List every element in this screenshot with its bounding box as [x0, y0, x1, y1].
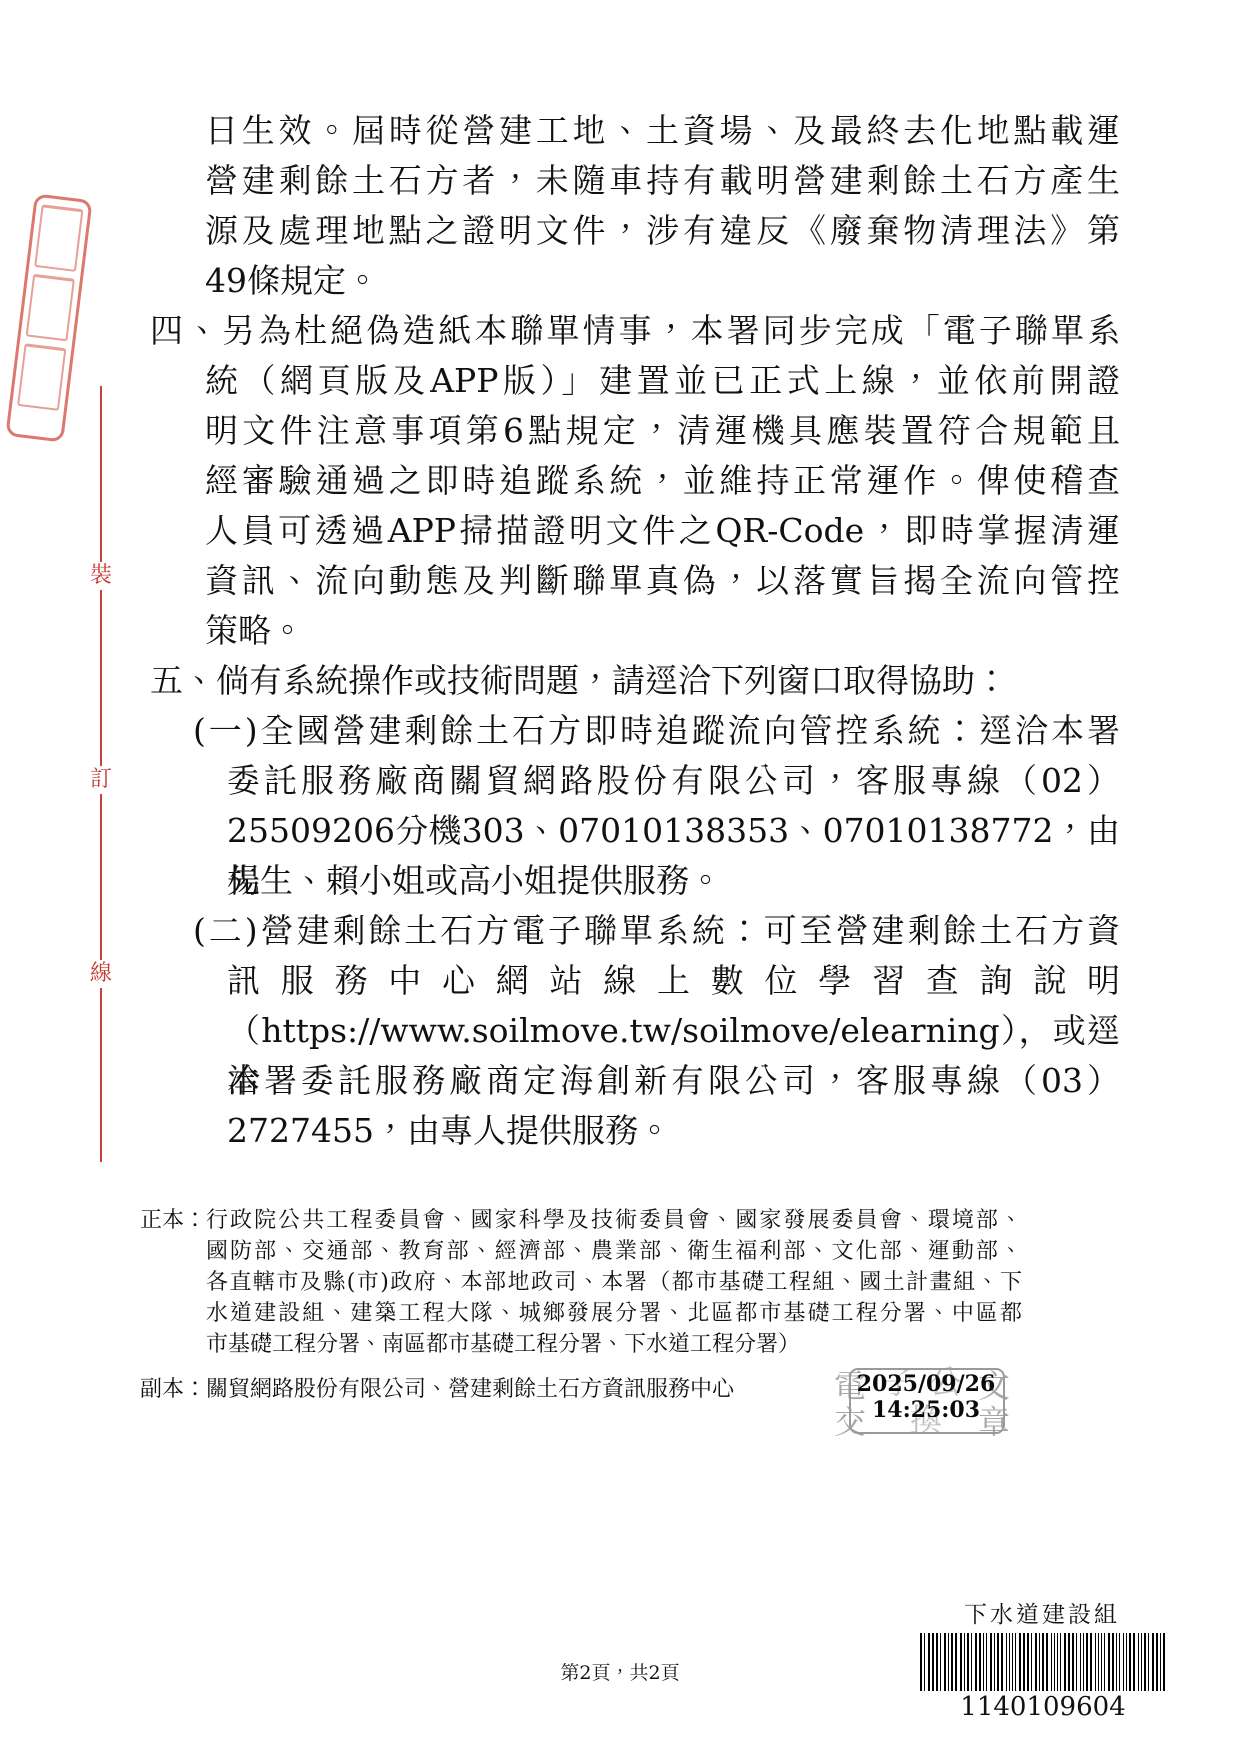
barcode-bar: [1042, 1633, 1044, 1691]
barcode-bar: [928, 1633, 930, 1691]
barcode-bar: [1001, 1633, 1003, 1691]
barcode-bar: [979, 1633, 981, 1691]
recipient-line: 國防部、交通部、教育部、經濟部、農業部、衛生福利部、文化部、運動部、: [206, 1236, 1022, 1267]
body-line: 明文件注意事項第6點規定，清運機具應裝置符合規範且: [205, 406, 1120, 456]
body-line: 經審驗通過之即時追蹤系統，並維持正常運作。俾使稽查: [205, 456, 1120, 506]
body-line: 訊服務中心網站線上數位學習查詢說明: [227, 956, 1120, 1006]
original-recipients-row: 正本： 行政院公共工程委員會、國家科學及技術委員會、國家發展委員會、環境部、國防…: [140, 1205, 1022, 1360]
barcode-bar: [1039, 1633, 1040, 1691]
barcode-bar: [1019, 1633, 1021, 1691]
barcode-bar: [1098, 1633, 1099, 1691]
barcode-bar: [1126, 1633, 1127, 1691]
barcode-bar: [944, 1633, 946, 1691]
barcode-bar: [1006, 1633, 1007, 1691]
body-line: 人員可透過APP掃描證明文件之QR-Code，即時掌握清運: [205, 506, 1120, 556]
barcode-bar: [1046, 1633, 1048, 1691]
department-label: 下水道建設組: [942, 1596, 1142, 1629]
body-line: 先生、賴小姐或高小姐提供服務。: [227, 856, 1120, 906]
barcode-bar: [983, 1633, 984, 1691]
barcode-bar: [967, 1633, 969, 1691]
body-text: 日生效。屆時從營建工地、土資場、及最終去化地點載運營建剩餘土石方者，未隨車持有載…: [0, 106, 1240, 1156]
barcode-bar: [1101, 1633, 1102, 1691]
barcode-bar: [986, 1633, 987, 1691]
barcode-bar: [1163, 1633, 1165, 1691]
barcode-bar: [975, 1633, 977, 1691]
barcode-bar: [1009, 1633, 1010, 1691]
barcode-bar: [1057, 1633, 1058, 1691]
barcode-bar: [1160, 1633, 1161, 1691]
barcode-bar: [1072, 1633, 1074, 1691]
barcode-bar: [1090, 1633, 1092, 1691]
body-line: 源及處理地點之證明文件，涉有違反《廢棄物清理法》第: [205, 206, 1120, 256]
barcode-bar: [1051, 1633, 1052, 1691]
body-line: 策略。: [205, 606, 1120, 656]
body-line: 本署委託服務廠商定海創新有限公司，客服專線（03）: [227, 1056, 1120, 1106]
body-line: 資訊、流向動態及判斷聯單真偽，以落實旨揭全流向管控: [205, 556, 1120, 606]
barcode-bar: [1012, 1633, 1013, 1691]
barcode-bar: [1083, 1633, 1084, 1691]
barcode-bar: [924, 1633, 925, 1691]
recipient-line: 各直轄市及縣(市)政府、本部地政司、本署（都市基礎工程組、國土計畫組、下: [206, 1267, 1022, 1298]
barcode-bar: [1035, 1633, 1037, 1691]
barcode-bar: [1116, 1633, 1117, 1691]
electronic-exchange-stamp: 電 子 公 文 交 換 章 2025/09/26 14:25:03: [836, 1362, 1014, 1444]
stamp-date: 2025/09/26: [850, 1371, 1002, 1397]
barcode-bar: [1060, 1633, 1061, 1691]
barcode-number: 1140109604: [920, 1692, 1166, 1722]
barcode-bar: [1054, 1633, 1055, 1691]
body-line: 委託服務廠商關貿網路股份有限公司，客服專線（02）: [227, 756, 1120, 806]
barcode-bar: [1133, 1633, 1135, 1691]
barcode-bar: [940, 1633, 941, 1691]
barcode-bar: [1108, 1633, 1110, 1691]
body-line: 2727455，由專人提供服務。: [227, 1106, 1120, 1156]
barcode-bar: [960, 1633, 962, 1691]
barcode-bar: [1080, 1633, 1081, 1691]
barcode-bar: [951, 1633, 953, 1691]
barcode-bar: [1104, 1633, 1105, 1691]
barcode-bar: [990, 1633, 992, 1691]
barcode-bar: [1119, 1633, 1120, 1691]
barcode-bar: [1023, 1633, 1025, 1691]
barcode-bar: [955, 1633, 957, 1691]
recipient-line: 行政院公共工程委員會、國家科學及技術委員會、國家發展委員會、環境部、: [206, 1205, 1022, 1236]
body-line: (一)全國營建剩餘土石方即時追蹤流向管控系統：逕洽本署: [193, 706, 1120, 756]
barcode-bar: [1148, 1633, 1149, 1691]
body-line: 25509206分機303、07010138353、07010138772，由楊: [227, 806, 1120, 856]
barcode-bar: [1027, 1633, 1029, 1691]
barcode-bar: [994, 1633, 995, 1691]
barcode-bar: [1076, 1633, 1077, 1691]
body-line: 日生效。屆時從營建工地、土資場、及最終去化地點載運: [205, 106, 1120, 156]
body-line: 五、倘有系統操作或技術問題，請逕洽下列窗口取得協助：: [150, 656, 1120, 706]
barcode-bar: [964, 1633, 965, 1691]
barcode-bar: [936, 1633, 938, 1691]
barcode-bar: [932, 1633, 934, 1691]
document-page: { "body": { "lines": [ {"text": "日生效。屆時從…: [0, 0, 1240, 1754]
barcode-bar: [1112, 1633, 1114, 1691]
barcode-bar: [1144, 1633, 1146, 1691]
barcode-bar: [1064, 1633, 1066, 1691]
barcode-bar: [1015, 1633, 1016, 1691]
barcode-bar: [1086, 1633, 1088, 1691]
barcode-bar: [971, 1633, 972, 1691]
barcode-bar: [1095, 1633, 1096, 1691]
body-line: 統（網頁版及APP版）」建置並已正式上線，並依前開證: [205, 356, 1120, 406]
recipient-line: 市基礎工程分署、南區都市基礎工程分署、下水道工程分署）: [206, 1329, 1022, 1360]
stamp-time: 14:25:03: [850, 1397, 1002, 1423]
barcode-bar: [1031, 1633, 1032, 1691]
barcode-bar: [1156, 1633, 1158, 1691]
original-label: 正本：: [140, 1205, 206, 1360]
page-number: 第2頁，共2頁: [520, 1658, 720, 1685]
body-line: 四、另為杜絕偽造紙本聯單情事，本署同步完成「電子聯單系: [150, 306, 1120, 356]
barcode-bar: [1123, 1633, 1124, 1691]
recipient-line: 水道建設組、建築工程大隊、城鄉發展分署、北區都市基礎工程分署、中區都: [206, 1298, 1022, 1329]
copy-recipients: 關貿網路股份有限公司、營建剩餘土石方資訊服務中心: [206, 1377, 734, 1402]
barcode-bar: [997, 1633, 999, 1691]
body-line: 49條規定。: [205, 256, 1120, 306]
barcode-bar: [920, 1633, 922, 1691]
body-line: （https://www.soilmove.tw/soilmove/elearn…: [227, 1006, 1120, 1056]
body-line: (二)營建剩餘土石方電子聯單系統：可至營建剩餘土石方資: [193, 906, 1120, 956]
barcode-bar: [1138, 1633, 1139, 1691]
original-recipients: 行政院公共工程委員會、國家科學及技術委員會、國家發展委員會、環境部、國防部、交通…: [206, 1205, 1022, 1360]
copy-label: 副本：: [140, 1374, 206, 1405]
barcode-bar: [1068, 1633, 1070, 1691]
barcode-bar: [1129, 1633, 1131, 1691]
barcode-bar: [1152, 1633, 1154, 1691]
body-line: 營建剩餘土石方者，未隨車持有載明營建剩餘土石方產生: [205, 156, 1120, 206]
barcode-bar: [1141, 1633, 1142, 1691]
barcode: [920, 1633, 1166, 1691]
barcode-bar: [948, 1633, 949, 1691]
